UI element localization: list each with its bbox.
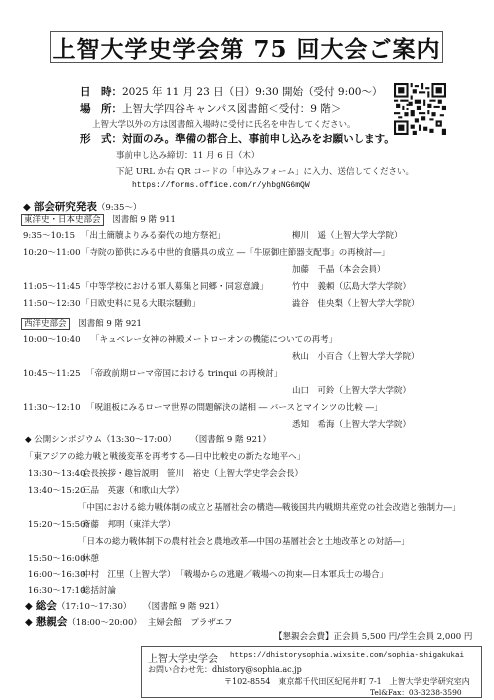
- east-title-1: 「出土簡牘よりみる秦代の地方祭祀」: [81, 229, 226, 241]
- contact-box: 上智大学史学会 https://dhistorysophia.wixsite.c…: [141, 646, 482, 698]
- east-speaker-3: 竹中 義頼（広島大学大学院）: [292, 280, 411, 292]
- east-section-label: 東洋史・日本史部会: [21, 214, 104, 226]
- east-speaker-2: 加藤 千晶（本会会員）: [292, 263, 386, 275]
- east-section-header: 東洋史・日本史部会 図書館 9 階 911: [21, 213, 176, 225]
- west-title-2: 「帝政前期ローマ帝国における trinqui の再検討」: [86, 367, 282, 379]
- contact-org: 上智大学史学会: [148, 650, 218, 665]
- diamond-icon: ◆: [23, 202, 34, 213]
- sym-text-6: 休憩: [82, 552, 99, 564]
- diamond-icon: ◆: [25, 617, 36, 628]
- west-speaker-1: 秋山 小百合（上智大学大学院）: [292, 350, 420, 362]
- research-heading: ◆ 部会研究発表（9:35～）: [23, 199, 141, 214]
- west-title-1: 「キュベレー女神の神殿メートローオンの機能についての再考」: [91, 333, 337, 345]
- place-line: 場 所：上智大学四谷キャンパス図書館＜受付：9 階＞: [80, 101, 341, 116]
- east-speaker-4: 澁谷 佳央梨（上智大学大学院）: [292, 297, 420, 309]
- sym-text-1: 会長挨拶・趣旨説明 笹川 裕史（上智大学史学会会長）: [82, 467, 303, 479]
- contact-inquiry: お問い合わせ先：dhistory@sophia.ac.jp: [148, 664, 302, 675]
- contact-tel: Tel&Fax：03-3238-3590: [370, 687, 462, 698]
- symposium-theme: 「東アジアの総力戦と戦後変革を再考する―日中比較史の新たな地平へ」: [25, 450, 305, 462]
- west-section-label: 西洋史部会: [21, 318, 70, 330]
- west-speaker-3: 悉知 希海（上智大学大学院）: [292, 418, 411, 430]
- sym-text-7: 中村 江里（上智大学） 「戦場からの逃避／戦場への拘束―日本軍兵士の場合」: [82, 568, 388, 580]
- contact-address: 〒102-8554 東京都千代田区紀尾井町 7-1 上智大学史学研究室内: [224, 676, 470, 687]
- diamond-icon: ◆: [25, 435, 34, 445]
- reception-fee: 【懇親会会費】正会員 5,500 円/学生会員 2,000 円: [274, 630, 472, 642]
- deadline: 事前申し込み締切：11 月 6 日（木）: [116, 149, 259, 161]
- date-value: 2025 年 11 月 23 日（日）9:30 開始（受付 9:00～）: [122, 86, 382, 98]
- east-title-3: 「中等学校における軍人募集と同郷・同窓意識」: [81, 280, 268, 292]
- place-note: 上智大学以外の方は図書館入場時に受付に氏名を申告してください。: [92, 118, 356, 130]
- page-title: 上智大学史学会第 75 回大会ご案内: [52, 31, 440, 64]
- west-time-1: 10:00～10:40: [23, 333, 81, 345]
- sym-text-8: 総括討論: [82, 584, 116, 596]
- sym-time-7: 16:00～16:30: [28, 568, 86, 580]
- date-line: 日 時：2025 年 11 月 23 日（日）9:30 開始（受付 9:00～）: [80, 84, 382, 99]
- sym-time-4: 15:20～15:50: [28, 518, 86, 530]
- format-value: 対面のみ。準備の都合上、事前申し込みをお願いします。: [122, 133, 395, 145]
- sym-time-1: 13:30～13:40: [28, 467, 86, 479]
- sym-time-2: 13:40～15:20: [28, 484, 86, 496]
- west-room: 図書館 9 階 921: [78, 319, 142, 329]
- general-meeting: ◆ 総会（17:10～17:30）（図書館 9 階 921）: [25, 598, 224, 613]
- sym-text-5: 「日本の総力戦体制下の農村社会と農地改革―中国の基層社会と土地改革との対話―」: [78, 535, 410, 547]
- contact-url[interactable]: https://dhistorysophia.wixsite.com/sophi…: [230, 652, 464, 660]
- place-value: 上智大学四谷キャンパス図書館＜受付：9 階＞: [122, 103, 341, 115]
- west-speaker-2: 山口 可鈴（上智大学大学院）: [292, 384, 411, 396]
- east-time-3: 11:05～11:45: [23, 280, 81, 292]
- sym-text-3: 「中国における総力戦体制の成立と基層社会の構造―戦後国共内戦期共産党の社会改造と…: [78, 501, 461, 513]
- qr-code-icon[interactable]: [394, 83, 446, 135]
- west-time-3: 11:30～12:10: [23, 401, 81, 413]
- date-label: 日 時：: [80, 86, 122, 98]
- sym-text-2: 三品 英憲（和歌山大学）: [82, 484, 184, 496]
- title-box: 上智大学史学会第 75 回大会ご案内: [50, 31, 443, 63]
- west-title-3: 「呪詛板にみるローマ世界の問題解決の諸相 ― バースとマインツの比較 ―」: [86, 401, 383, 413]
- sym-text-4: 斎藤 邦明（東洋大学）: [82, 518, 176, 530]
- east-title-4: 「日欧史料に見る大眼宗騒動」: [81, 297, 200, 309]
- format-label: 形 式：: [80, 133, 122, 145]
- diamond-icon: ◆: [25, 601, 36, 612]
- east-room: 図書館 9 階 911: [112, 215, 176, 225]
- west-time-2: 10:45～11:25: [23, 367, 81, 379]
- form-url[interactable]: https://forms.office.com/r/yhbgNG6mQW: [132, 181, 310, 190]
- east-time-4: 11:50～12:30: [23, 297, 81, 309]
- east-title-2: 「寺院の節供にみる中世的食膳具の成立 ―「牛原御庄節器支配事」の再検討―」: [81, 246, 390, 258]
- symposium-heading: ◆ 公開シンポジウム（13:30～17:00）（図書館 9 階 921）: [25, 433, 271, 445]
- format-line: 形 式：対面のみ。準備の都合上、事前申し込みをお願いします。: [80, 131, 395, 146]
- east-time-2: 10:20～11:00: [23, 246, 81, 258]
- east-speaker-1: 柳川 遥（上智大学大学院）: [292, 229, 403, 241]
- sym-time-6: 15:50～16:00: [28, 552, 86, 564]
- sym-time-8: 16:30～17:10: [28, 584, 86, 596]
- form-instruction: 下記 URL か右 QR コードの「申込みフォーム」に入力、送信してください。: [116, 165, 414, 177]
- place-label: 場 所：: [80, 103, 122, 115]
- east-time-1: 9:35～10:15: [23, 229, 75, 241]
- reception: ◆ 懇親会（18:00～20:00）主婦会館 プラザエフ: [25, 614, 233, 629]
- west-section-header: 西洋史部会 図書館 9 階 921: [21, 317, 142, 329]
